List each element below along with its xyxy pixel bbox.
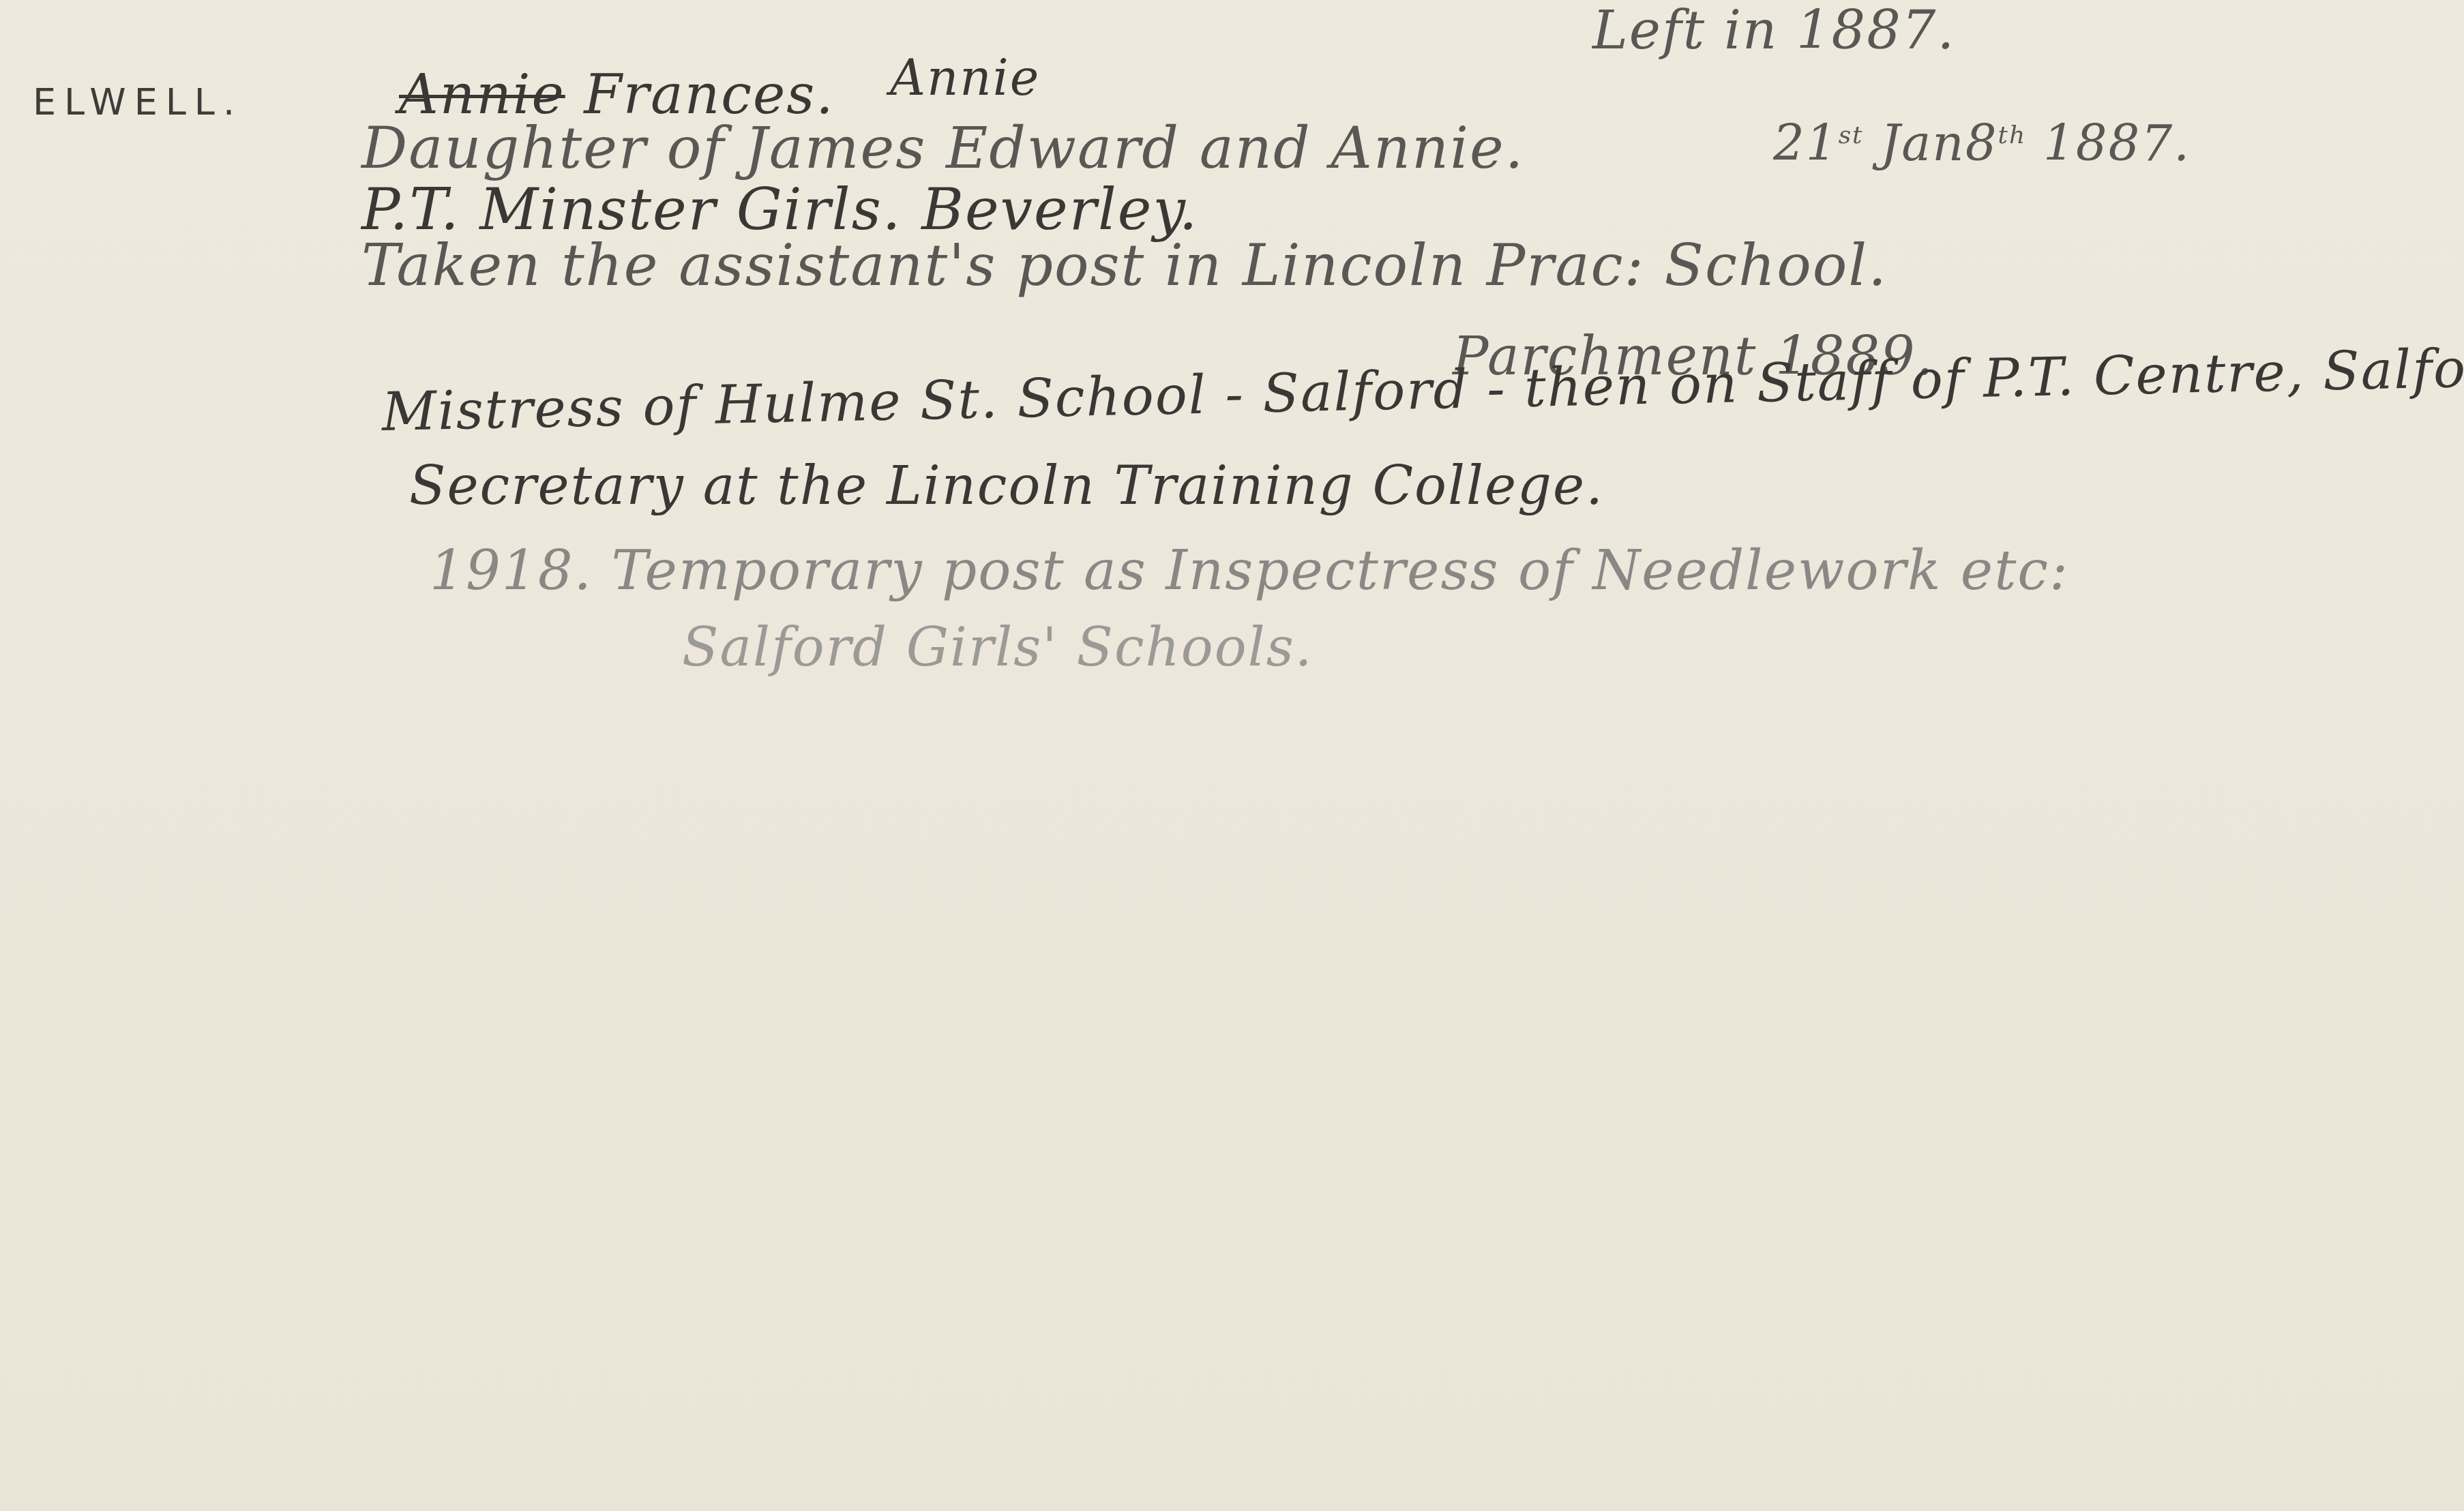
note-1918-text: Temporary post as Inspectress of Needlew… xyxy=(611,539,2069,602)
date-month: Jan xyxy=(1880,115,1965,172)
left-note: Left in 1887. xyxy=(1592,0,1955,61)
date-entry: 21st Jan8th 1887. xyxy=(1773,115,2191,172)
surname: ELWELL. xyxy=(33,80,243,123)
note-1918: 1918. Temporary post as Inspectress of N… xyxy=(430,539,2069,602)
date-day-suffix: st xyxy=(1839,121,1864,149)
date-day: 21 xyxy=(1773,115,1839,172)
note-1918-continued: Salford Girls' Schools. xyxy=(682,617,1313,678)
date-year: 1887. xyxy=(2043,115,2191,172)
date-correction-suffix: th xyxy=(1998,121,2026,149)
parentage: Daughter of James Edward and Annie. xyxy=(361,115,1525,181)
post-entry: Taken the assistant's post in Lincoln Pr… xyxy=(361,232,1888,299)
date-correction: 8 xyxy=(1965,115,1998,172)
inserted-name: Annie xyxy=(890,49,1040,106)
note-1918-year: 1918. xyxy=(430,539,593,602)
record-card: Left in 1887. ELWELL. Annie Frances. Ann… xyxy=(0,0,2464,1511)
secretary-note: Secretary at the Lincoln Training Colleg… xyxy=(409,455,1604,517)
mistress-note: Mistress of Hulme St. School - Salford -… xyxy=(381,337,2464,443)
